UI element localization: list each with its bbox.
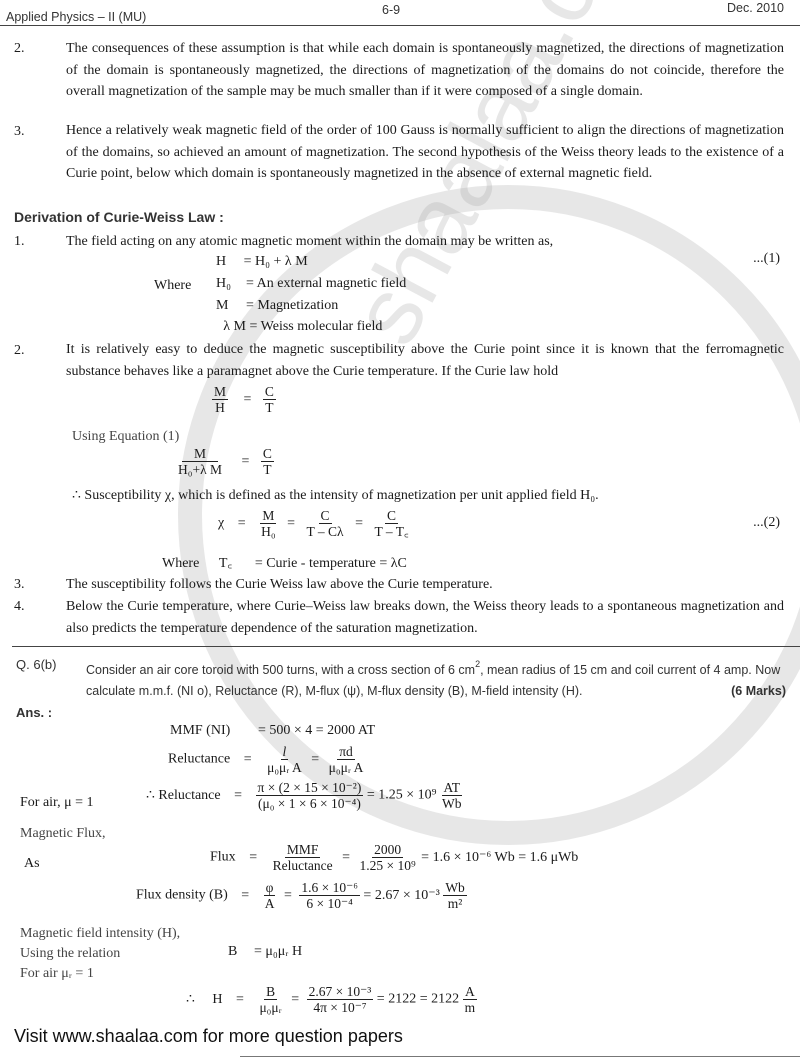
def-text: = An external magnetic field <box>246 276 406 291</box>
question-label: Q. 6(b) <box>16 657 56 672</box>
answer-label: Ans. : <box>16 705 52 720</box>
section-heading: Derivation of Curie-Weiss Law : <box>14 209 224 225</box>
point-number: 3. <box>14 577 25 593</box>
relation-equation: B= μ₀μᵣ H <box>228 944 302 960</box>
field-intensity-heading: Magnetic field intensity (H), <box>20 926 180 942</box>
flux-heading: Magnetic Flux, <box>20 826 106 842</box>
point-number: 2. <box>14 343 25 359</box>
curie-law-equation: MH = CT <box>212 384 276 415</box>
point-text: The susceptibility follows the Curie Wei… <box>66 574 784 596</box>
def-symbol: H₀ <box>216 276 246 292</box>
susceptibility-text: ∴ Susceptibility χ, which is defined as … <box>72 487 599 504</box>
as-label: As <box>24 856 40 872</box>
point-text: The consequences of these assumption is … <box>66 38 784 103</box>
eq1-rhs: = H₀ + λ M <box>244 254 308 269</box>
def-symbol: M <box>216 298 246 314</box>
where-label: Where <box>154 278 191 294</box>
flux-equation: Flux = MMFReluctance = 20001.25 × 10⁹ = … <box>210 842 578 873</box>
footer-link[interactable]: Visit www.shaalaa.com for more question … <box>14 1026 403 1047</box>
header-exam-date: Dec. 2010 <box>727 1 784 15</box>
point-text: Below the Curie temperature, where Curie… <box>66 596 784 639</box>
equation-1: H = H₀ + λ M <box>216 254 308 270</box>
mmf-equation: MMF (NI)= 500 × 4 = 2000 AT <box>170 723 375 739</box>
marks-badge: (6 Marks) <box>731 681 786 702</box>
eq1-lhs: H <box>216 254 226 269</box>
equation-label: ...(2) <box>753 515 780 531</box>
point-number: 4. <box>14 599 25 615</box>
question-text: Consider an air core toroid with 500 tur… <box>86 654 786 702</box>
substituted-equation: MH₀+λ M = CT <box>176 446 274 477</box>
definition-row: H₀= An external magnetic field <box>216 276 406 292</box>
def-symbol: λ M <box>200 319 246 335</box>
point-text: Hence a relatively weak magnetic field o… <box>66 120 784 185</box>
def-text: = Magnetization <box>246 298 338 313</box>
header-page-number: 6-9 <box>382 3 400 17</box>
definition-row: M= Magnetization <box>216 298 338 314</box>
point-text: The field acting on any atomic magnetic … <box>66 231 784 253</box>
equation-label: ...(1) <box>753 251 780 267</box>
reluctance-equation: Reluctance = lμ₀μᵣ A = πdμ₀μᵣ A <box>168 744 365 775</box>
footer-rule <box>240 1056 800 1057</box>
equation-2: χ = MH₀ = CT – Cλ = CT – T꜀ <box>218 508 411 539</box>
point-number: 1. <box>14 234 25 250</box>
point-number: 2. <box>14 41 25 57</box>
definition-row: λ M = Weiss molecular field <box>200 319 382 335</box>
using-relation-label: Using the relation <box>20 946 120 962</box>
def-text: = Weiss molecular field <box>250 319 383 334</box>
section-divider <box>12 646 800 647</box>
field-intensity-equation: ∴ H = Bμ₀μᵣ = 2.67 × 10⁻³4π × 10⁻⁷ = 212… <box>186 984 477 1015</box>
reluctance-calculation: ∴ Reluctance = π × (2 × 15 × 10⁻²)(μ₀ × … <box>146 780 464 811</box>
header-rule <box>0 25 800 26</box>
curie-temperature-definition: Where T꜀= Curie - temperature = λC <box>162 553 407 572</box>
flux-density-equation: Flux density (B) = φA = 1.6 × 10⁻⁶6 × 10… <box>136 880 467 911</box>
air-mu-note: For air μᵣ = 1 <box>20 966 94 982</box>
point-text: It is relatively easy to deduce the magn… <box>66 339 784 382</box>
point-number: 3. <box>14 124 25 140</box>
header-subject: Applied Physics – II (MU) <box>6 10 146 24</box>
air-note: For air, μ = 1 <box>20 795 94 811</box>
using-equation-label: Using Equation (1) <box>72 429 179 445</box>
